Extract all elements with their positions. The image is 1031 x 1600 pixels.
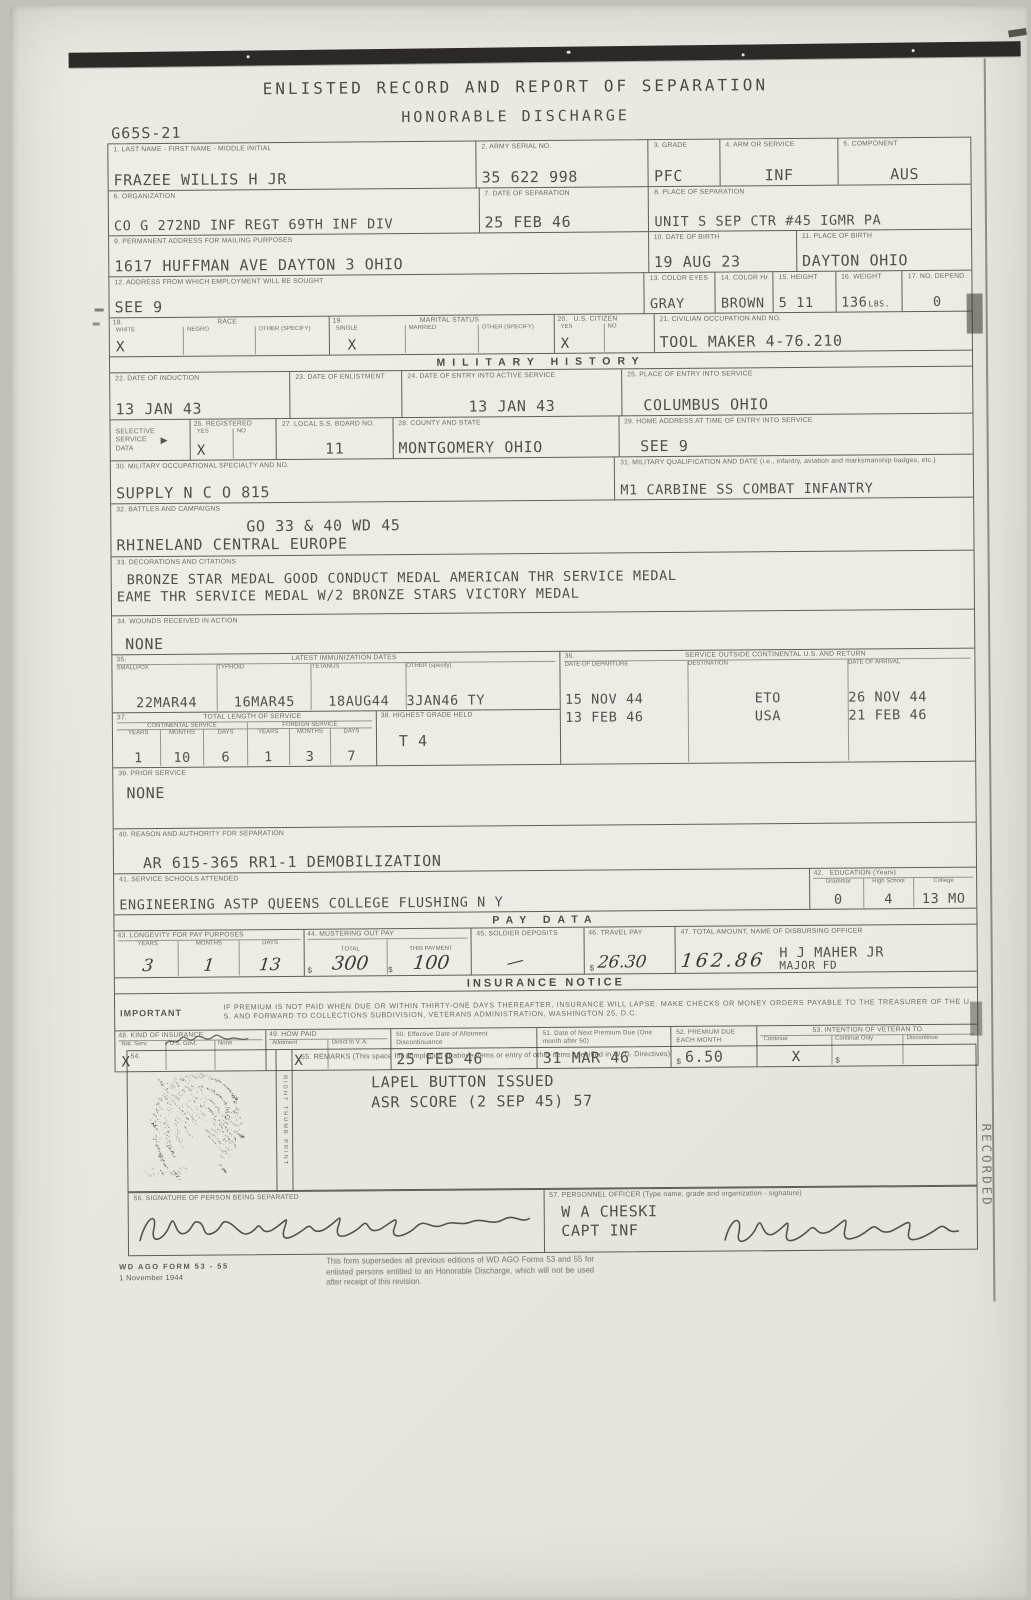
right-thumb-print-strip: RIGHT THUMB PRINT	[276, 1050, 293, 1190]
overseas-departure: DATE OF DEPARTURE 15 NOV 44 13 FEB 46	[565, 661, 689, 763]
field-color-hair: 14. COLOR HAIR BROWN	[716, 272, 774, 312]
field-mos: 30. MILITARY OCCUPATIONAL SPECIALTY AND …	[111, 457, 616, 503]
field-serial: 2. ARMY SERIAL NO. 35 622 998	[476, 140, 649, 187]
field-height: 15. HEIGHT 5 11	[774, 272, 837, 312]
separation-form: 1. LAST NAME - FIRST NAME - MIDDLE INITI…	[107, 137, 978, 1073]
scan-artifact	[93, 322, 100, 325]
field-education: 42.EDUCATION (Years) Grammar0 High Schoo…	[811, 868, 977, 909]
field-service-schools: 41. SERVICE SCHOOLS ATTENDED ENGINEERING…	[114, 869, 811, 914]
marital-option-other: OTHER (SPECIFY)	[479, 324, 551, 352]
marital-option-single: SINGLEX	[333, 325, 406, 353]
race-option-white: WHITEX	[113, 327, 184, 355]
field-home-address-entry: 29. HOME ADDRESS AT TIME OF ENTRY INTO S…	[619, 414, 973, 457]
field-separation-reason: 40. REASON AND AUTHORITY FOR SEPARATION …	[114, 823, 976, 874]
citizen-option-no: NO	[605, 323, 651, 351]
form-number: WD AGO FORM 53 - 55	[119, 1262, 229, 1272]
field-employment-address: 12. ADDRESS FROM WHICH EMPLOYMENT WILL B…	[109, 273, 645, 317]
immunization-and-service-length: 35.LATEST IMMUNIZATION DATES SMALLPOX22M…	[112, 652, 561, 768]
field-total-length-service: 37.TOTAL LENGTH OF SERVICE CONTINENTAL S…	[113, 711, 377, 768]
field-mustering-out-pay: 44. MUSTERING OUT PAY $TOTAL300 $THIS PA…	[304, 929, 472, 976]
registered-mark: X	[197, 442, 230, 458]
field-soldier-deposits: 45. SOLDIER DEPOSITS —	[471, 928, 584, 975]
immunization-typhoid: TYPHOID16MAR45	[217, 664, 312, 710]
field-battles-campaigns: 32. BATTLES AND CAMPAIGNS GO 33 & 40 WD …	[111, 498, 973, 557]
field-travel-pay: 46. TRAVEL PAY $ 26.30	[584, 927, 676, 974]
immunization-smallpox: SMALLPOX22MAR44	[116, 665, 217, 711]
field-race: 18.RACE WHITEX NEGRO OTHER (SPECIFY)	[110, 317, 330, 357]
remarks-signature-block: 54. RIGHT THU	[126, 1044, 978, 1257]
field-selective-service: SELECTIVE SERVICE DATA ▶	[110, 420, 190, 461]
field-disbursing-officer: 47. TOTAL AMOUNT, NAME OF DISBURSING OFF…	[676, 925, 977, 973]
field-arm: 4. ARM OR SERVICE INF	[720, 139, 838, 186]
field-weight: 16. WEIGHT 136LBS.	[836, 271, 903, 312]
form-date: 1 November 1944	[119, 1273, 229, 1283]
form-code: G65S-21	[111, 124, 181, 143]
arrow-icon: ▶	[161, 435, 168, 446]
marital-mark: X	[336, 337, 402, 354]
field-longevity: 43. LONGEVITY FOR PAY PURPOSES YEARS3 MO…	[115, 930, 305, 977]
foreign-service: FOREIGN SERVICE YEARS1 MONTHS3 DAYS7	[248, 721, 372, 765]
citizen-mark: X	[561, 336, 601, 352]
field-date-separation: 7. DATE OF SEPARATION 25 FEB 46	[479, 187, 649, 232]
field-us-citizen: 20.U.S. CITIZEN YESX NO	[554, 314, 654, 353]
field-color-eyes: 13. COLOR EYES GRAY	[645, 273, 716, 314]
marital-option-married: MARRIED	[406, 325, 479, 353]
scan-edge-line	[984, 59, 996, 1302]
registered-option-no: NO	[234, 428, 273, 458]
registered-option-yes: YESX	[194, 429, 234, 459]
field-date-of-birth: 10. DATE OF BIRTH 19 AUG 23	[649, 231, 798, 272]
field-place-entry: 25. PLACE OF ENTRY INTO SERVICE COLUMBUS…	[622, 367, 972, 416]
race-option-other: OTHER (SPECIFY)	[255, 326, 325, 354]
education-grammar: Grammar0	[814, 879, 864, 908]
form-number-block: WD AGO FORM 53 - 55 1 November 1944	[119, 1262, 229, 1283]
field-dependents: 17. NO. DEPEND. 0	[903, 271, 972, 312]
scan-artifact	[967, 294, 983, 334]
citizen-option-yes: YESX	[558, 324, 605, 352]
recorded-stamp: RECORDED	[979, 1123, 995, 1207]
field-county-state: 28. COUNTY AND STATE MONTGOMERY OHIO	[393, 416, 619, 458]
redaction-bar	[69, 41, 1021, 68]
race-option-negro: NEGRO	[184, 326, 255, 354]
service-length-row: 37.TOTAL LENGTH OF SERVICE CONTINENTAL S…	[113, 709, 561, 767]
race-mark: X	[116, 339, 180, 356]
insurance-notice-text: IF PREMIUM IS NOT PAID WHEN DUE OR WITHI…	[218, 988, 977, 1030]
field-date-induction: 22. DATE OF INDUCTION 13 JAN 43	[110, 372, 291, 419]
scan-artifact	[1008, 28, 1027, 38]
scan-artifact	[970, 1002, 982, 1036]
field-registered: 26. REGISTERED YESX NO	[191, 419, 277, 460]
field-thumb-print: 54. RIGHT THU	[127, 1050, 293, 1191]
field-local-board: 27. LOCAL S.S. BOARD NO. 11	[277, 418, 394, 459]
field-remarks: 55. REMARKS (This space for completion o…	[293, 1045, 977, 1190]
field-entry-active-service: 24. DATE OF ENTRY INTO ACTIVE SERVICE 13…	[402, 369, 622, 417]
continental-service: CONTINENTAL SERVICE YEARS1 MONTHS10 DAYS…	[117, 722, 248, 766]
field-civilian-occupation: 21. CIVILIAN OCCUPATION AND NO. TOOL MAK…	[654, 312, 972, 352]
field-place-of-birth: 11. PLACE OF BIRTH DAYTON OHIO	[797, 230, 971, 271]
field-qualification: 31. MILITARY QUALIFICATION AND DATE (i.e…	[615, 455, 973, 500]
field-component: 5. COMPONENT AUS	[838, 138, 970, 185]
officer-signature-image	[721, 1207, 971, 1249]
overseas-destination: DESTINATION ETO USA	[688, 660, 849, 762]
field-mailing-address: 9. PERMANENT ADDRESS FOR MAILING PURPOSE…	[109, 232, 649, 276]
education-college: College13 MO	[914, 878, 973, 907]
supersede-note: This form supersedes all previous editio…	[326, 1255, 594, 1289]
field-overseas-service: 36.SERVICE OUTSIDE CONTINENTAL U.S. AND …	[561, 649, 976, 764]
paper-sheet: ENLISTED RECORD AND REPORT OF SEPARATION…	[10, 6, 1027, 1600]
field-name: 1. LAST NAME - FIRST NAME - MIDDLE INITI…	[108, 142, 476, 191]
scanned-discharge-document: ENLISTED RECORD AND REPORT OF SEPARATION…	[0, 0, 1031, 1600]
document-title: ENLISTED RECORD AND REPORT OF SEPARATION	[7, 73, 1024, 100]
field-prior-service: 39. PRIOR SERVICE NONE	[113, 762, 975, 829]
separatee-signature-image	[134, 1200, 534, 1247]
field-decorations: 33. DECORATIONS AND CITATIONS BRONZE STA…	[112, 551, 974, 616]
field-wounds: 34. WOUNDS RECEIVED IN ACTION NONE	[112, 610, 974, 655]
field-separatee-signature: 56. SIGNATURE OF PERSON BEING SEPARATED	[129, 1190, 545, 1255]
field-highest-grade: 38. HIGHEST GRADE HELD T 4	[377, 709, 561, 765]
important-label: IMPORTANT	[115, 994, 219, 1031]
field-immunization: 35.LATEST IMMUNIZATION DATES SMALLPOX22M…	[112, 652, 560, 713]
education-highschool: High School4	[864, 878, 914, 907]
immunization-other: OTHER (specify)3JAN46 TY	[406, 662, 556, 709]
immunization-tetanus: TETANUS18AUG44	[312, 663, 407, 709]
field-personnel-officer: 57. PERSONNEL OFFICER (Type name, grade …	[544, 1187, 977, 1252]
field-date-enlistment: 23. DATE OF ENLISTMENT	[290, 371, 402, 418]
thumbprint-image	[130, 1057, 261, 1186]
scan-artifact	[95, 308, 104, 311]
field-place-separation: 8. PLACE OF SEPARATION UNIT S SEP CTR #4…	[649, 185, 971, 232]
field-organization: 6. ORGANIZATION CO G 272ND INF REGT 69TH…	[109, 188, 480, 235]
field-marital-status: 19.MARITAL STATUS SINGLEX MARRIED OTHER …	[329, 315, 554, 355]
field-grade: 3. GRADE PFC	[649, 140, 721, 187]
overseas-arrival: DATE OF ARRIVAL 26 NOV 44 21 FEB 46	[848, 659, 971, 761]
